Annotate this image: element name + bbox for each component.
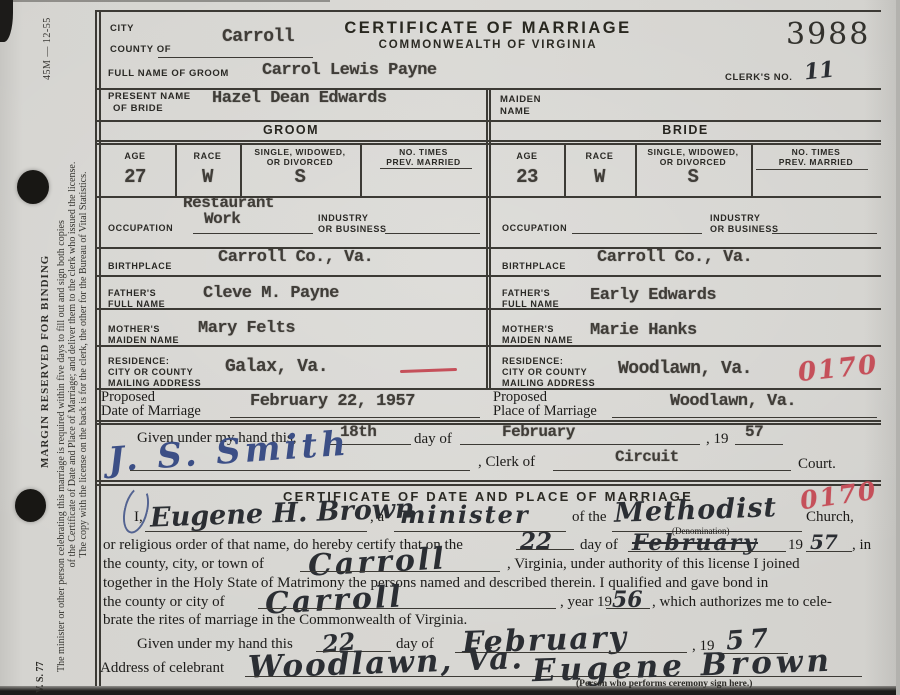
proposed-date-label: Date of Marriage [101, 403, 201, 420]
rule [385, 233, 480, 234]
groom-mother-value: Mary Felts [198, 319, 295, 338]
cert-address-label: Address of celebrant [100, 660, 224, 677]
rule [606, 608, 650, 609]
margin-print-code: 45M — 12-55 [42, 17, 53, 80]
groom-father-label: FATHER'S [108, 288, 156, 298]
groom-mother-label: MAIDEN NAME [108, 335, 179, 345]
court-value: Circuit [615, 448, 679, 466]
groom-industry-label: OR BUSINESS [318, 224, 387, 234]
rule [95, 484, 881, 486]
bride-times-label: PREV. MARRIED [751, 157, 881, 167]
clerks-no-value: 11 [803, 56, 836, 85]
bride-age-label: AGE [490, 151, 564, 161]
rule [193, 233, 313, 234]
county-of-label: COUNTY OF [110, 44, 171, 55]
clerks-no-label: CLERK'S NO. [725, 72, 792, 83]
red-pencil-mark [400, 368, 457, 372]
rule [95, 10, 97, 686]
bride-status-label: SINGLE, WIDOWED, [635, 147, 751, 157]
bride-birthplace-value: Carroll Co., Va. [597, 248, 752, 267]
clerk-year-value: 57 [745, 423, 763, 441]
margin-instruction-line: The copy with the license on the back is… [78, 57, 89, 672]
rule [130, 470, 470, 471]
bride-birthplace-label: BIRTHPLACE [502, 261, 566, 271]
form-subtitle: COMMONWEALTH OF VIRGINIA [188, 39, 788, 51]
margin-instructions: The minister or other person celebrating… [56, 57, 89, 672]
bride-occupation-label: OCCUPATION [502, 223, 567, 233]
cert-year-prefix: 19 [788, 537, 803, 554]
bride-industry-label: INDUSTRY [710, 213, 760, 223]
cert-line3-text: the county, city, or town of [103, 556, 264, 573]
bride-father-label: FATHER'S [502, 288, 550, 298]
proposed-place-label: Place of Marriage [493, 403, 597, 420]
punch-hole [17, 170, 49, 204]
groom-name-label: FULL NAME OF GROOM [108, 68, 229, 79]
cert-celebrant-title: minister [400, 500, 530, 529]
bride-residence-label: RESIDENCE: [502, 356, 564, 366]
city-label: CITY [110, 23, 134, 34]
groom-times-label: NO. TIMES [360, 147, 487, 157]
proposed-date-value: February 22, 1957 [250, 392, 415, 411]
groom-age-label: AGE [95, 151, 175, 161]
rule [612, 417, 877, 418]
groom-father-value: Cleve M. Payne [203, 284, 339, 303]
cert-line3-end: , Virginia, under authority of this lice… [507, 556, 800, 573]
cert-day-of-text: day of [580, 537, 618, 554]
rule [95, 345, 881, 347]
rule [628, 551, 786, 552]
bride-father-value: Early Edwards [590, 286, 716, 305]
rule [95, 420, 881, 422]
clerk-of-text: , Clerk of [478, 454, 535, 471]
margin-form-code: V. S. 77 [35, 662, 46, 694]
groom-birthplace-value: Carroll Co., Va. [218, 248, 373, 267]
rule [572, 233, 702, 234]
groom-mother-label: MOTHER'S [108, 324, 160, 334]
cert-line5-year-text: , year 19 [560, 594, 612, 611]
groom-race-label: RACE [175, 151, 240, 161]
clerk-day-of-text: day of [414, 431, 452, 448]
rule [99, 10, 101, 686]
rule [516, 549, 574, 550]
rule [95, 10, 881, 12]
groom-section-header: GROOM [95, 123, 487, 137]
bride-residence-code: 0170 [797, 350, 880, 388]
bride-mother-label: MOTHER'S [502, 324, 554, 334]
groom-residence-label: CITY OR COUNTY [108, 367, 193, 377]
rule [772, 233, 877, 234]
bride-industry-label: OR BUSINESS [710, 224, 779, 234]
bride-race-value: W [564, 166, 635, 188]
bride-name-value: Hazel Dean Edwards [212, 89, 387, 108]
groom-industry-label: INDUSTRY [318, 213, 368, 223]
bride-mother-label: MAIDEN NAME [502, 335, 573, 345]
punch-hole [15, 489, 46, 522]
cert-line4-text: together in the Holy State of Matrimony … [103, 575, 768, 592]
cert-line2-end: , in [852, 537, 871, 554]
court-text: Court. [798, 456, 836, 473]
groom-residence-label: MAILING ADDRESS [108, 378, 201, 388]
maiden-name-label: MAIDEN [500, 94, 541, 105]
bride-residence-label: MAILING ADDRESS [502, 378, 595, 388]
rule [230, 417, 480, 418]
rule [95, 143, 881, 145]
bride-name-label: OF BRIDE [113, 103, 163, 114]
scan-blot-top-left [0, 0, 13, 42]
groom-status-label: SINGLE, WIDOWED, [240, 147, 360, 157]
rule [95, 140, 881, 142]
cert-line5-end: , which authorizes me to cele- [652, 594, 832, 611]
margin-instruction-line: The minister or other person celebrating… [56, 57, 67, 672]
rule [95, 480, 881, 482]
groom-occupation-value: Work [204, 210, 240, 228]
certificate-number: 3988 [786, 17, 870, 52]
bride-residence-label: CITY OR COUNTY [502, 367, 587, 377]
margin-instruction-line: of the Certificate of Date and Place of … [67, 57, 78, 672]
rule [806, 551, 852, 552]
bride-section-header: BRIDE [490, 123, 881, 137]
bride-mother-value: Marie Hanks [590, 321, 697, 340]
proposed-place-value: Woodlawn, Va. [670, 392, 796, 411]
scan-edge-bottom [0, 686, 900, 695]
rule [460, 444, 700, 445]
rule [145, 531, 367, 532]
groom-status-value: S [240, 166, 360, 188]
clerk-year-prefix: , 19 [706, 431, 729, 448]
groom-occupation-label: OCCUPATION [108, 223, 173, 233]
groom-residence-value: Galax, Va. [225, 357, 328, 377]
scan-edge-right [896, 0, 900, 695]
rule [95, 388, 881, 390]
clerk-month-value: February [502, 423, 575, 441]
groom-name-value: Carrol Lewis Payne [262, 61, 437, 80]
cert-a-text: , a [370, 509, 384, 526]
form-title: CERTIFICATE OF MARRIAGE [188, 19, 788, 38]
rule [735, 444, 783, 445]
rule [553, 470, 791, 471]
cert-of-the-text: of the [572, 509, 607, 526]
groom-age-value: 27 [95, 166, 175, 188]
scanned-marriage-certificate: 45M — 12-55 MARGIN RESERVED FOR BINDING … [0, 0, 900, 695]
scan-edge-top [0, 0, 330, 2]
groom-times-label: PREV. MARRIED [360, 157, 487, 167]
rule [158, 57, 313, 58]
cert-line6-text: brate the rites of marriage in the Commo… [103, 612, 467, 629]
bride-race-label: RACE [564, 151, 635, 161]
groom-residence-label: RESIDENCE: [108, 356, 170, 366]
groom-birthplace-label: BIRTHPLACE [108, 261, 172, 271]
rule [300, 571, 500, 572]
cert-church-text: Church, [806, 509, 854, 526]
rule [95, 275, 881, 277]
groom-race-value: W [175, 166, 240, 188]
cert-day-value: 22 [520, 528, 552, 555]
cert-i-text: I, [134, 509, 143, 526]
maiden-name-label: NAME [500, 106, 530, 117]
cert-sign-note: (Person who performs ceremony sign here.… [576, 679, 752, 689]
bride-status-value: S [635, 166, 751, 188]
cert-denomination-value: Methodist [614, 492, 778, 529]
bride-name-label: PRESENT NAME [108, 91, 191, 102]
bride-residence-value: Woodlawn, Va. [618, 359, 752, 379]
rule [756, 169, 868, 170]
cert-line5-text: the county or city of [103, 594, 225, 611]
margin-binding-note: MARGIN RESERVED FOR BINDING [39, 255, 51, 468]
rule [258, 608, 556, 609]
rule [95, 120, 881, 122]
cert-month-value: February [632, 530, 758, 556]
bride-age-value: 23 [490, 166, 564, 188]
rule [380, 168, 472, 169]
cert-bond-year-value: 56 [612, 587, 643, 613]
rule [95, 247, 881, 249]
rule [95, 308, 881, 310]
bride-times-label: NO. TIMES [751, 147, 881, 157]
